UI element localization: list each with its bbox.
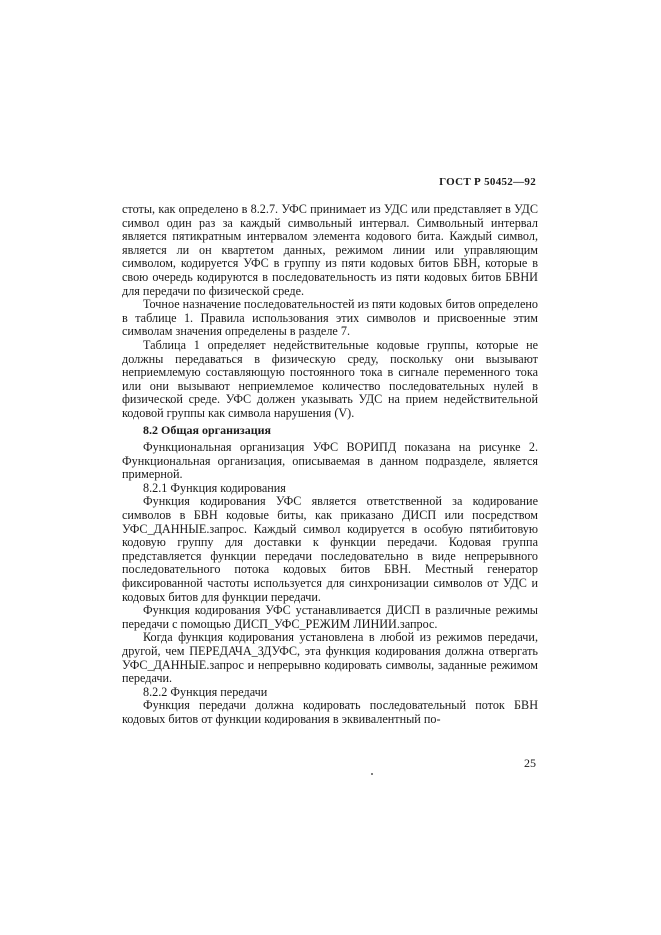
paragraph-general-org: Функциональная организация УФС ВОРИПД по…	[122, 441, 538, 482]
paragraph-encoding-2: Функция кодирования УФС устанавливается …	[122, 604, 538, 631]
scan-speck	[371, 773, 373, 775]
paragraph-transmission-1: Функция передачи должна кодировать после…	[122, 699, 538, 726]
section-heading-8-2: 8.2 Общая организация	[122, 424, 538, 438]
paragraph-encoding-3: Когда функция кодирования установлена в …	[122, 631, 538, 685]
document-page: ГОСТ Р 50452—92 стоты, как определено в …	[0, 0, 661, 935]
subsection-heading-8-2-1: 8.2.1 Функция кодирования	[122, 482, 538, 496]
page-number: 25	[524, 756, 536, 771]
standard-header: ГОСТ Р 50452—92	[439, 176, 536, 188]
paragraph-invalid-groups: Таблица 1 определяет недействительные ко…	[122, 339, 538, 421]
paragraph-encoding-1: Функция кодирования УФС является ответст…	[122, 495, 538, 604]
subsection-heading-8-2-2: 8.2.2 Функция передачи	[122, 686, 538, 700]
paragraph-continuation: стоты, как определено в 8.2.7. УФС прини…	[122, 203, 538, 298]
paragraph-code-assignment: Точное назначение последовательностей из…	[122, 298, 538, 339]
body-text: стоты, как определено в 8.2.7. УФС прини…	[122, 203, 538, 727]
